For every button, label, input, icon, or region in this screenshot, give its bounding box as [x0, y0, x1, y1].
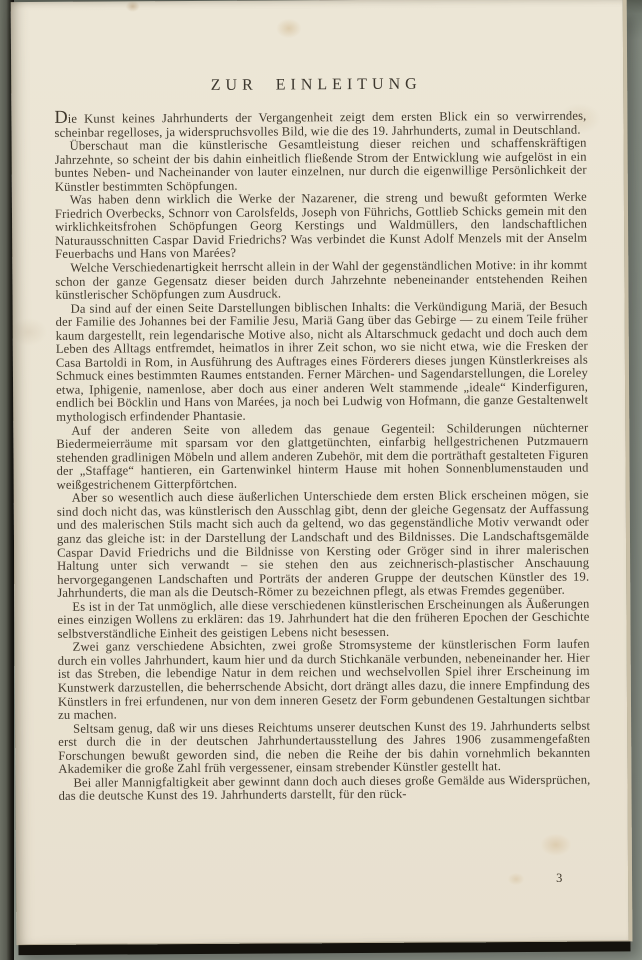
paragraph: Was haben denn wirklich die Werke der Na… [55, 191, 587, 262]
paragraph: Überschaut man die künstlerische Gesamtl… [55, 137, 587, 194]
paragraph: Da sind auf der einen Seite Darstellunge… [56, 299, 589, 424]
paragraph: Es ist in der Tat unmöglich, alle diese … [57, 597, 589, 641]
book-page: ZUR EINLEITUNG Die Kunst keines Jahrhund… [11, 0, 633, 945]
body-text: Die Kunst keines Jahrhunderts der Vergan… [54, 107, 590, 804]
paragraph: Auf der anderen Seite von alledem das ge… [56, 421, 588, 492]
page-number: 3 [556, 871, 562, 886]
paragraph: Seltsam genug, daß wir uns dieses Reicht… [58, 719, 590, 776]
paragraph: Bei aller Mannigfaltigkeit aber gewinnt … [58, 773, 590, 803]
paragraph: Die Kunst keines Jahrhunderts der Vergan… [54, 107, 586, 140]
photo-backdrop: ZUR EINLEITUNG Die Kunst keines Jahrhund… [0, 0, 642, 960]
paragraph: Aber so wesentlich auch diese äußerliche… [57, 489, 590, 601]
paragraph: Zwei ganz verschiedene Absichten, zwei g… [58, 638, 590, 723]
paragraph: Welche Verschiedenartigkeit herrscht all… [55, 259, 587, 303]
page-title: ZUR EINLEITUNG [53, 75, 579, 96]
